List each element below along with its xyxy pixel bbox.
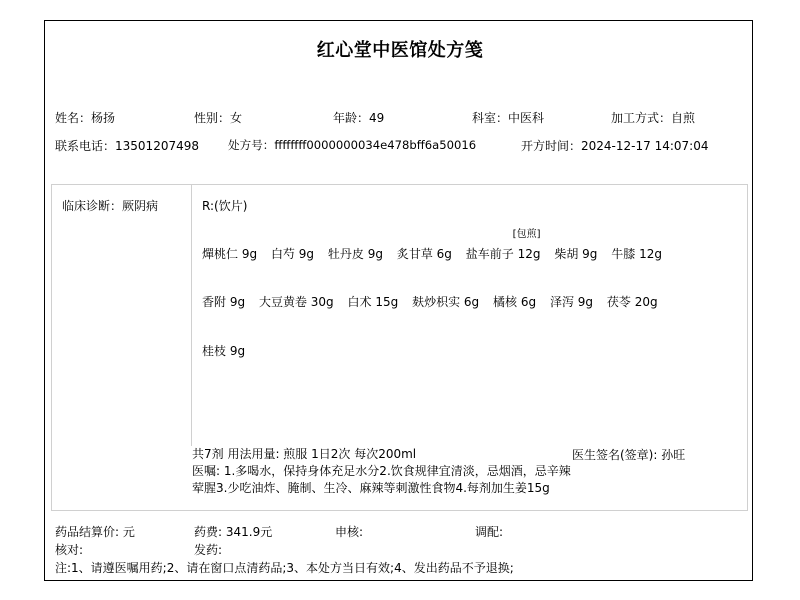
herb-item: 泽泻 9g	[550, 293, 593, 310]
herb-item: 白芍 9g	[271, 245, 314, 262]
rx-header: R:(饮片)	[202, 197, 247, 214]
settle-price: 药品结算价: 元	[55, 523, 135, 540]
usage-dosage: 共7剂 用法用量: 煎服 1日2次 每次200ml	[192, 446, 577, 463]
herb-name: 桂枝	[202, 344, 226, 358]
herb-name: 牛膝	[611, 247, 635, 261]
herb-name: 燀桃仁	[202, 247, 238, 261]
herb-item: 大豆黄卷 30g	[259, 293, 334, 310]
herb-dose: 15g	[375, 295, 398, 309]
patient-department-value: 中医科	[508, 111, 544, 125]
dispense-prep: 调配:	[475, 523, 503, 540]
herb-item: 橘核 6g	[493, 293, 536, 310]
herb-dose: 6g	[521, 295, 536, 309]
herb-name: 麸炒枳实	[412, 295, 460, 309]
herb-name: 泽泻	[550, 295, 574, 309]
herb-item: [包煎]盐车前子 12g	[466, 245, 541, 262]
patient-age-label: 年龄：	[333, 111, 369, 125]
herb-dose: 20g	[635, 295, 658, 309]
patient-age-value: 49	[369, 111, 384, 125]
processing-method-value: 自煎	[671, 111, 695, 125]
dispense: 发药:	[194, 541, 222, 558]
review: 申核:	[335, 523, 363, 540]
herb-item: 柴胡 9g	[554, 245, 597, 262]
diagnosis-value: 厥阴病	[122, 199, 158, 213]
herb-item: 牛膝 12g	[611, 245, 662, 262]
herb-note: [包煎]	[513, 225, 541, 240]
herb-name: 柴胡	[554, 247, 578, 261]
page-title: 红心堂中医馆处方笺	[0, 36, 800, 62]
herb-row-1: 燀桃仁 9g 白芍 9g 牡丹皮 9g 炙甘草 6g [包煎]盐车前子 12g …	[202, 245, 672, 262]
herb-name: 牡丹皮	[328, 247, 364, 261]
patient-name-label: 姓名：	[55, 111, 91, 125]
herb-dose: 9g	[578, 295, 593, 309]
herb-dose: 9g	[299, 247, 314, 261]
herb-dose: 12g	[639, 247, 662, 261]
herb-dose: 9g	[230, 344, 245, 358]
herb-dose: 9g	[368, 247, 383, 261]
herb-item: 燀桃仁 9g	[202, 245, 257, 262]
prescription-time-label: 开方时间：	[521, 139, 581, 153]
processing-method-label: 加工方式：	[611, 111, 671, 125]
patient-gender-value: 女	[230, 111, 242, 125]
usage-and-advice: 共7剂 用法用量: 煎服 1日2次 每次200ml 医嘱: 1.多喝水，保持身体…	[192, 446, 577, 497]
patient-phone: 联系电话：13501207498	[55, 137, 199, 154]
herb-item: 麸炒枳实 6g	[412, 293, 479, 310]
prescription-time-value: 2024-12-17 14:07:04	[581, 139, 708, 153]
herb-item: 香附 9g	[202, 293, 245, 310]
diagnosis-label: 临床诊断：	[62, 199, 122, 213]
herb-name: 白术	[348, 295, 372, 309]
herb-row-3: 桂枝 9g	[202, 342, 255, 359]
herb-row-2: 香附 9g 大豆黄卷 30g 白术 15g 麸炒枳实 6g 橘核 6g 泽泻 9…	[202, 293, 668, 310]
processing-method: 加工方式：自煎	[611, 109, 695, 126]
clinical-diagnosis: 临床诊断：厥阴病	[62, 197, 158, 214]
herb-dose: 9g	[242, 247, 257, 261]
herb-name: 茯苓	[607, 295, 631, 309]
drug-fee: 药费: 341.9元	[194, 523, 272, 540]
herb-name: 炙甘草	[397, 247, 433, 261]
prescription-number: 处方号：ffffffff0000000034e478bff6a50016	[228, 137, 476, 153]
herb-name: 香附	[202, 295, 226, 309]
patient-department: 科室：中医科	[472, 109, 544, 126]
herb-dose: 9g	[582, 247, 597, 261]
patient-gender-label: 性别：	[194, 111, 230, 125]
patient-phone-value: 13501207498	[115, 139, 199, 153]
check: 核对:	[55, 541, 83, 558]
patient-name: 姓名：杨扬	[55, 109, 115, 126]
herb-dose: 6g	[464, 295, 479, 309]
herb-name: 大豆黄卷	[259, 295, 307, 309]
patient-phone-label: 联系电话：	[55, 139, 115, 153]
herb-dose: 12g	[518, 247, 541, 261]
patient-gender: 性别：女	[194, 109, 242, 126]
herb-name: 白芍	[271, 247, 295, 261]
herb-item: 茯苓 20g	[607, 293, 658, 310]
herb-item: 炙甘草 6g	[397, 245, 452, 262]
herb-item: 桂枝 9g	[202, 342, 245, 359]
footer-notes: 注:1、请遵医嘱用药;2、请在窗口点清药品;3、本处方当日有效;4、发出药品不予…	[55, 559, 514, 576]
herb-dose: 6g	[437, 247, 452, 261]
doctor-advice: 医嘱: 1.多喝水，保持身体充足水分2.饮食规律宜清淡，忌烟酒，忌辛辣荤腥3.少…	[192, 463, 577, 497]
herb-item: 牡丹皮 9g	[328, 245, 383, 262]
patient-age: 年龄：49	[333, 109, 384, 126]
herb-dose: 30g	[311, 295, 334, 309]
patient-department-label: 科室：	[472, 111, 508, 125]
herb-item: 白术 15g	[348, 293, 399, 310]
herb-name: 盐车前子	[466, 247, 514, 261]
prescription-number-label: 处方号：	[228, 138, 274, 152]
herb-name: 橘核	[493, 295, 517, 309]
column-divider	[191, 185, 192, 446]
prescription-time: 开方时间：2024-12-17 14:07:04	[521, 137, 708, 154]
herb-dose: 9g	[230, 295, 245, 309]
prescription-number-value: ffffffff0000000034e478bff6a50016	[274, 138, 476, 152]
doctor-signature: 医生签名(签章): 孙旺	[572, 446, 685, 463]
patient-name-value: 杨扬	[91, 111, 115, 125]
